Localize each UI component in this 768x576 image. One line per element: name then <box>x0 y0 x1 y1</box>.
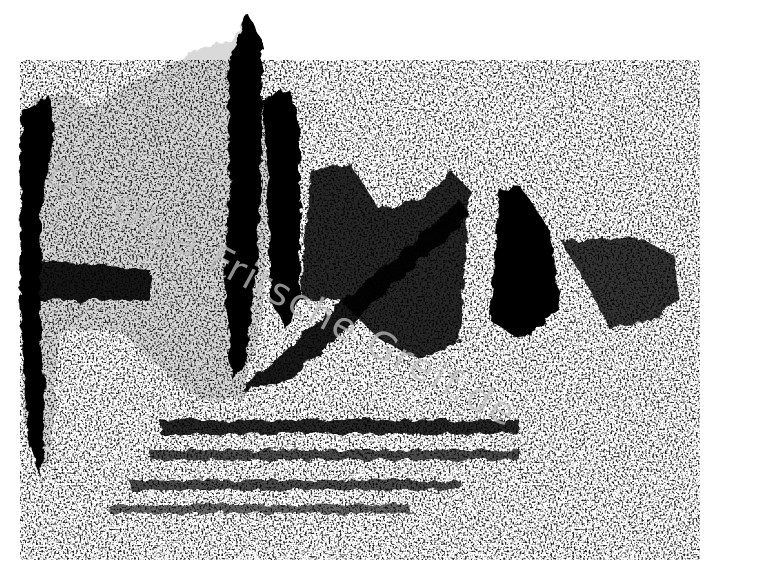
ink-painting <box>0 0 768 576</box>
